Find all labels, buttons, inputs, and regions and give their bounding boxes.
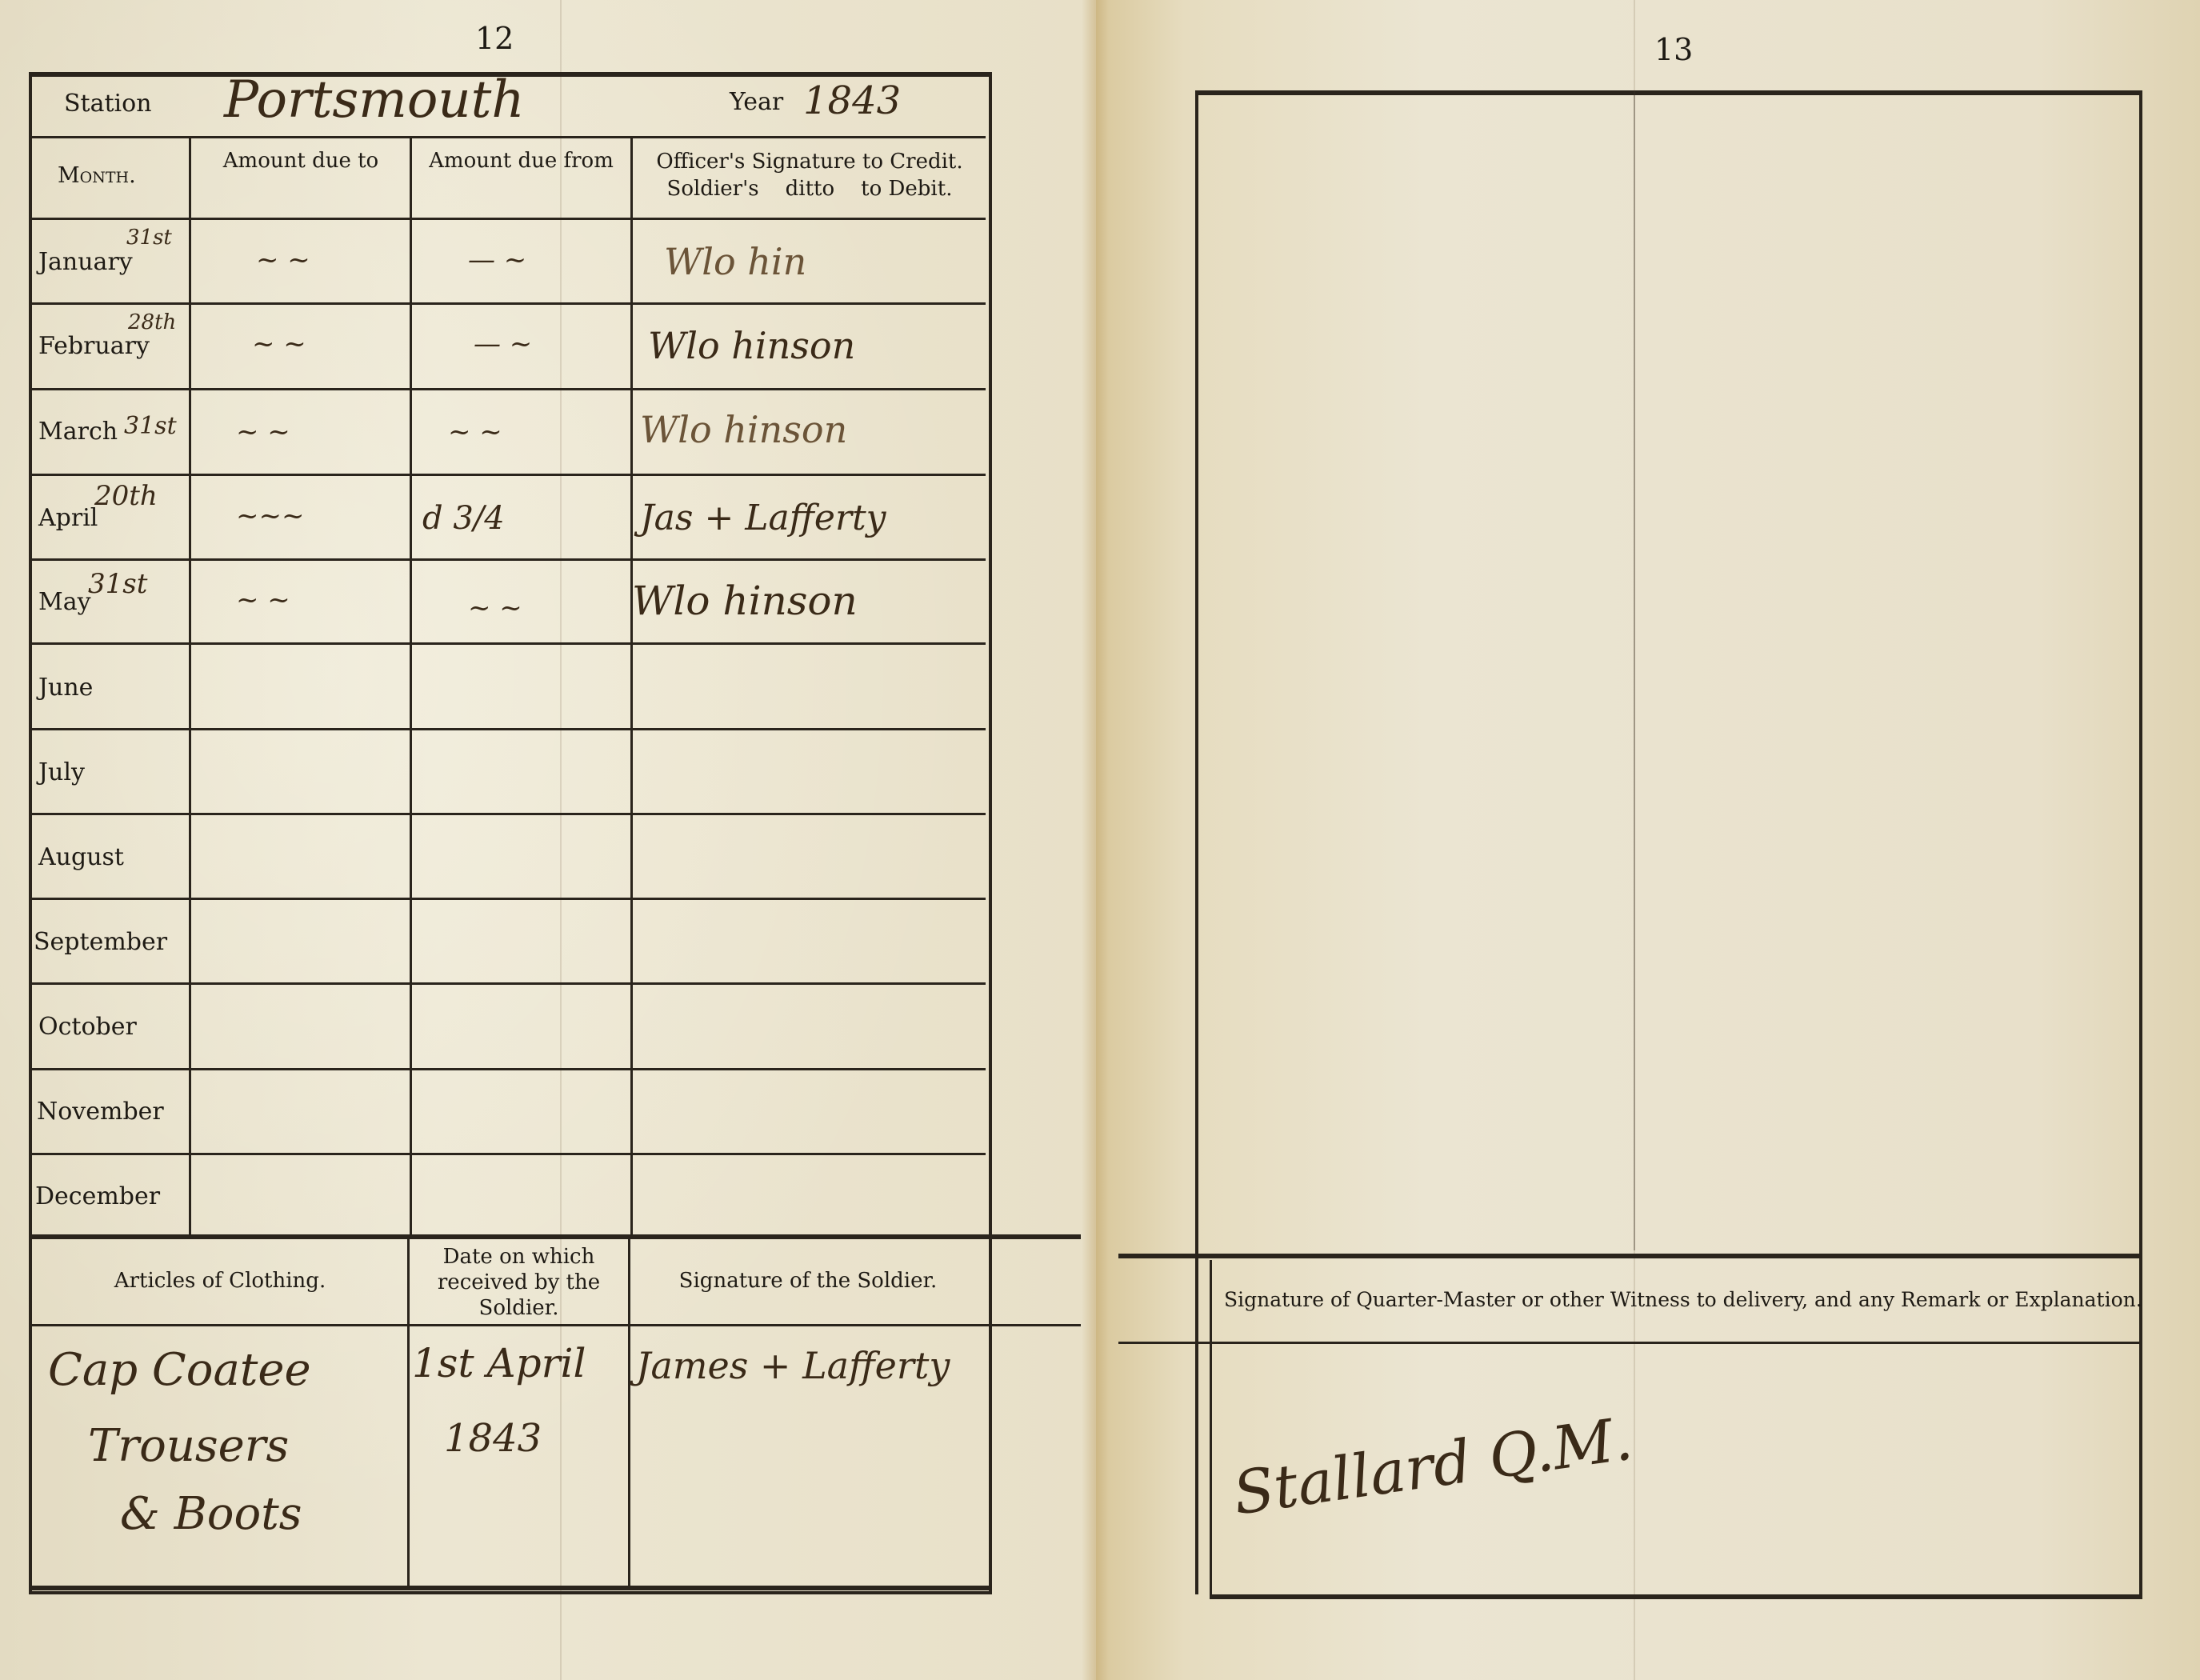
rule bbox=[1118, 1254, 2142, 1258]
soldier-signature-clothing: James + Lafferty bbox=[636, 1344, 950, 1387]
amount-due-from: — ~ bbox=[468, 244, 526, 276]
month-label-august: August bbox=[38, 843, 124, 871]
signature-header-line1: Officer's Signature to Credit. bbox=[634, 149, 986, 175]
soldier-signature-header: Signature of the Soldier. bbox=[630, 1268, 986, 1294]
rule bbox=[1210, 1594, 2142, 1599]
amount-due-from: ~ ~ bbox=[468, 592, 522, 624]
amount-due-from: — ~ bbox=[474, 328, 532, 360]
month-label-may: May bbox=[38, 588, 91, 616]
month-label-july: July bbox=[38, 758, 85, 786]
rule bbox=[32, 982, 986, 985]
frame-right bbox=[2139, 90, 2142, 1594]
month-label-june: June bbox=[38, 674, 93, 702]
column-divider bbox=[410, 138, 412, 1235]
rule bbox=[1118, 1342, 2142, 1344]
officer-signature: Wlo hinson bbox=[648, 324, 855, 367]
station-label: Station bbox=[64, 90, 152, 118]
amount-due-to: ~ ~ bbox=[236, 584, 290, 616]
amount-due-to: ~ ~ bbox=[252, 328, 306, 360]
officer-signature: Wlo hin bbox=[664, 240, 806, 283]
month-label-september: September bbox=[34, 928, 167, 956]
amount-due-from: ~ ~ bbox=[448, 416, 502, 448]
clothing-article: & Boots bbox=[120, 1488, 302, 1540]
rule bbox=[32, 558, 986, 561]
book-spine-gutter bbox=[1082, 0, 1109, 1680]
month-label-april: April bbox=[38, 504, 98, 532]
rule bbox=[32, 1068, 986, 1070]
year-label: Year bbox=[730, 88, 783, 116]
rule bbox=[32, 218, 986, 220]
witness-header: Signature of Quarter-Master or other Wit… bbox=[1224, 1288, 2142, 1311]
clothing-article: Cap Coatee bbox=[48, 1344, 311, 1396]
column-divider bbox=[630, 138, 633, 1235]
right-page bbox=[1096, 0, 2200, 1680]
soldier-signature: Jas + Lafferty bbox=[640, 498, 886, 538]
month-label-march: March bbox=[38, 418, 118, 446]
column-divider bbox=[189, 138, 191, 1235]
amount-due-from: d 3/4 bbox=[422, 500, 505, 537]
month-date: 31st bbox=[88, 568, 147, 600]
month-label-october: October bbox=[38, 1013, 137, 1041]
month-column-header: Month. bbox=[58, 163, 136, 188]
amount-due-to-header: Amount due to bbox=[192, 148, 410, 174]
officer-signature: Wlo hinson bbox=[632, 578, 858, 624]
date-received-header-line1: Date on which bbox=[410, 1244, 628, 1270]
month-date: 31st bbox=[124, 412, 177, 440]
date-received-header-line3: Soldier. bbox=[410, 1295, 628, 1322]
amount-due-to: ~ ~ bbox=[256, 244, 310, 276]
frame-left bbox=[1195, 90, 1198, 1594]
rule bbox=[1198, 90, 2142, 95]
rule bbox=[32, 642, 986, 645]
column-divider bbox=[1210, 1260, 1212, 1596]
month-label-november: November bbox=[37, 1098, 164, 1126]
date-received-year: 1843 bbox=[444, 1416, 542, 1461]
date-received: 1st April bbox=[412, 1340, 586, 1386]
month-date: 20th bbox=[94, 480, 158, 512]
amount-due-from-header: Amount due from bbox=[412, 148, 630, 174]
amount-due-to: ~ ~ bbox=[236, 416, 290, 448]
rule bbox=[32, 1153, 986, 1155]
date-received-header-line2: received by the bbox=[410, 1270, 628, 1296]
month-date: 28th bbox=[128, 310, 176, 334]
page-number-left: 12 bbox=[475, 21, 514, 56]
rule bbox=[29, 1586, 989, 1590]
rule bbox=[32, 728, 986, 730]
rule bbox=[32, 1324, 1081, 1326]
month-label-january: January bbox=[38, 248, 133, 276]
amount-due-to: ~~~ bbox=[236, 500, 304, 532]
month-label-december: December bbox=[35, 1182, 160, 1210]
rule bbox=[32, 813, 986, 815]
fold-line bbox=[1634, 90, 1635, 1250]
signature-header-line2: Soldier's ditto to Debit. bbox=[634, 176, 986, 202]
officer-signature: Wlo hinson bbox=[640, 408, 847, 451]
rule bbox=[32, 474, 986, 476]
page-number-right: 13 bbox=[1654, 32, 1693, 67]
articles-of-clothing-header: Articles of Clothing. bbox=[32, 1268, 408, 1294]
station-value: Portsmouth bbox=[224, 70, 525, 130]
month-label-february: February bbox=[38, 332, 150, 360]
rule bbox=[32, 302, 986, 305]
rule bbox=[29, 1234, 1081, 1239]
clothing-article: Trousers bbox=[88, 1420, 289, 1472]
rule bbox=[32, 898, 986, 900]
year-value: 1843 bbox=[803, 78, 901, 123]
rule bbox=[32, 388, 986, 390]
rule bbox=[32, 136, 986, 138]
month-date: 31st bbox=[126, 226, 172, 250]
